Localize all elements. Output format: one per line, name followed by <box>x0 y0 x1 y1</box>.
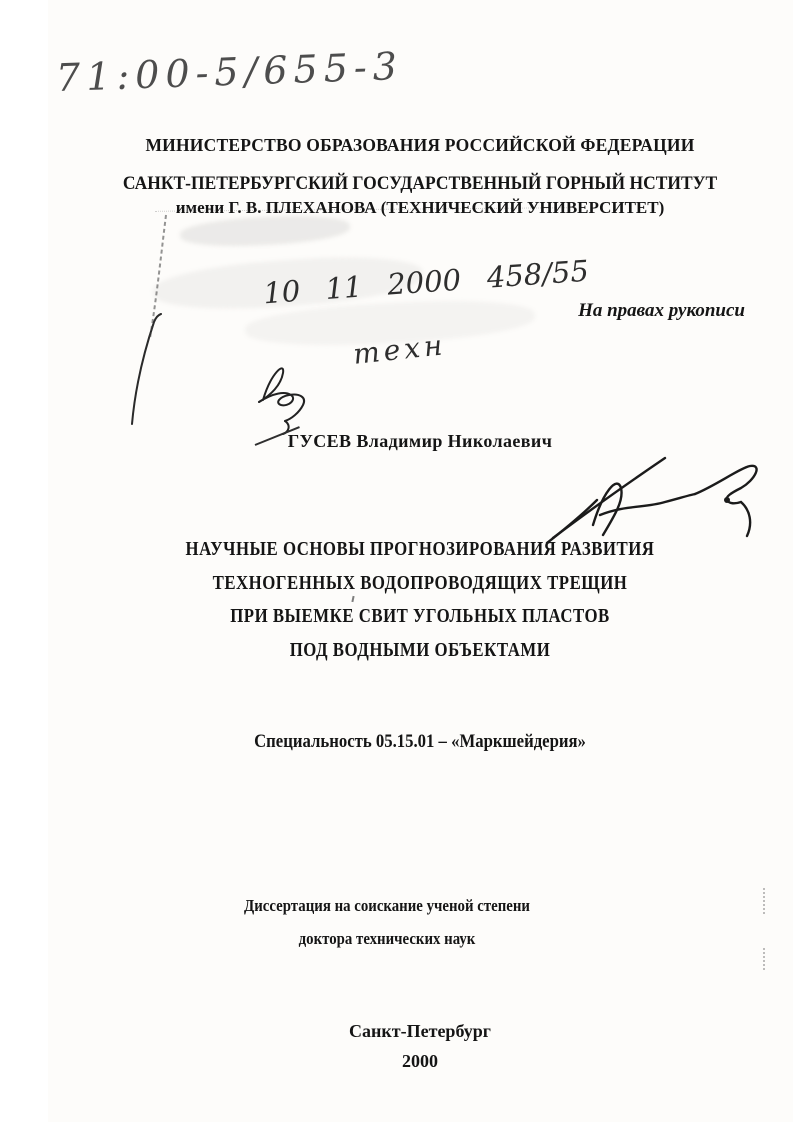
institute-name: САНКТ-ПЕТЕРБУРГСКИЙ ГОСУДАРСТВЕННЫЙ ГОРН… <box>80 173 761 195</box>
edge-binding-mark <box>763 888 765 914</box>
title-line-2: ТЕХНОГЕННЫХ ВОДОПРОВОДЯЩИХ ТРЕЩИН <box>109 567 731 601</box>
handwritten-number: 458/55 <box>486 254 590 295</box>
thesis-type-line-1: Диссертация на соискание ученой степени <box>54 889 720 922</box>
manuscript-rights-note: На правах рукописи <box>578 300 745 322</box>
author-signature <box>545 450 780 545</box>
stamp-area: 10 11 2000458/55 техн <box>125 205 585 435</box>
signature-ink-dot <box>724 497 730 503</box>
edge-binding-mark <box>763 948 765 970</box>
title-line-4: ПОД ВОДНЫМИ ОБЪЕКТАМИ <box>109 634 731 668</box>
title-line-3: ПРИ ВЫЕМКЕ СВИТ УГОЛЬНЫХ ПЛАСТОВ <box>109 600 731 634</box>
dissertation-title: НАУЧНЫЕ ОСНОВЫ ПРОГНОЗИРОВАНИЯ РАЗВИТИЯ … <box>109 533 731 667</box>
city-line: Санкт-Петербург <box>50 1021 790 1042</box>
thesis-type: Диссертация на соискание ученой степени … <box>54 889 720 955</box>
specialty-line: Специальность 05.15.01 – «Маркшейдерия» <box>94 731 745 753</box>
year-line: 2000 <box>50 1051 790 1072</box>
thesis-type-line-2: доктора технических наук <box>54 922 720 955</box>
clerk-signature <box>233 355 328 435</box>
print-column: МИНИСТЕРСТВО ОБРАЗОВАНИЯ РОССИЙСКОЙ ФЕДЕ… <box>50 0 790 1122</box>
pen-stroke-marks <box>125 205 585 435</box>
ministry-heading: МИНИСТЕРСТВО ОБРАЗОВАНИЯ РОССИЙСКОЙ ФЕДЕ… <box>50 135 790 156</box>
scanned-title-page: 71:00-5/655-3 МИНИСТЕРСТВО ОБРАЗОВАНИЯ Р… <box>0 0 793 1122</box>
